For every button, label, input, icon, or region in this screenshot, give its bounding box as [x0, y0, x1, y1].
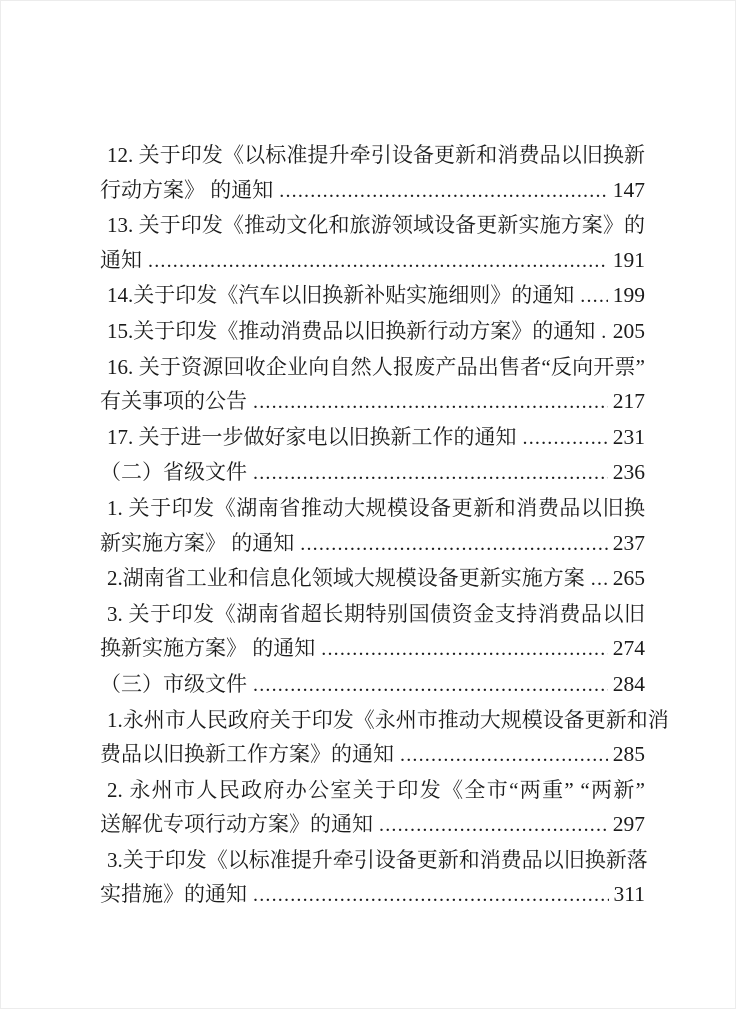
dot-leader — [148, 244, 608, 279]
toc-entry-line: 2. 永州市人民政府办公室关于印发《全市“两重” “两新” — [100, 773, 645, 808]
toc-text: 1.永州市人民政府关于印发《永州市推动大规模设备更新和消 — [107, 708, 669, 732]
page-number: 265 — [613, 561, 645, 596]
toc-entry-line: 1. 关于印发《湖南省推动大规模设备更新和消费品以旧换 — [100, 491, 645, 526]
toc-text: 16. 关于资源回收企业向自然人报废产品出售者“反向开票” — [107, 355, 645, 379]
toc-text: （三）市级文件 — [100, 667, 247, 702]
toc-entry-line: 14.关于印发《汽车以旧换新补贴实施细则》的通知199 — [100, 278, 645, 314]
toc: 12. 关于印发《以标准提升牵引设备更新和消费品以旧换新行动方案》 的通知147… — [100, 138, 645, 913]
toc-entry-line: 2.湖南省工业和信息化领域大规模设备更新实施方案265 — [100, 561, 645, 597]
toc-entry-line: 13. 关于印发《推动文化和旅游领域设备更新实施方案》的 — [100, 208, 645, 243]
page-number: 311 — [614, 877, 645, 912]
toc-entry-line: 通知191 — [100, 243, 645, 279]
toc-entry-line: 16. 关于资源回收企业向自然人报废产品出售者“反向开票” — [100, 350, 645, 385]
dot-leader — [601, 315, 608, 350]
toc-text: 14.关于印发《汽车以旧换新补贴实施细则》的通知 — [107, 278, 574, 313]
dot-leader — [400, 738, 608, 773]
toc-text: 3. 关于印发《湖南省超长期特别国债资金支持消费品以旧 — [107, 602, 645, 626]
toc-text: 1. 关于印发《湖南省推动大规模设备更新和消费品以旧换 — [107, 496, 645, 520]
page-number: 199 — [613, 278, 645, 313]
page-number: 285 — [613, 737, 645, 772]
dot-leader — [591, 562, 608, 597]
toc-text: （二）省级文件 — [100, 455, 247, 490]
document-page: 12. 关于印发《以标准提升牵引设备更新和消费品以旧换新行动方案》 的通知147… — [0, 0, 736, 1009]
toc-text: 15.关于印发《推动消费品以旧换新行动方案》的通知 — [107, 314, 595, 349]
dot-leader — [580, 279, 608, 314]
page-number: 297 — [613, 807, 645, 842]
toc-section-header-line: （二）省级文件236 — [100, 455, 645, 491]
toc-text: 有关事项的公告 — [100, 384, 247, 419]
dot-leader — [253, 456, 608, 491]
toc-text: 2.湖南省工业和信息化领域大规模设备更新实施方案 — [107, 561, 585, 596]
toc-text: 通知 — [100, 243, 142, 278]
toc-entry-line: 3. 关于印发《湖南省超长期特别国债资金支持消费品以旧 — [100, 597, 645, 632]
page-number: 236 — [613, 455, 645, 490]
dot-leader — [279, 174, 608, 209]
toc-entry-line: 1.永州市人民政府关于印发《永州市推动大规模设备更新和消 — [100, 703, 645, 738]
toc-entry-line: 换新实施方案》 的通知274 — [100, 631, 645, 667]
dot-leader — [253, 668, 608, 703]
toc-entry-line: 15.关于印发《推动消费品以旧换新行动方案》的通知205 — [100, 314, 645, 350]
page-number: 237 — [613, 526, 645, 561]
dot-leader — [379, 808, 608, 843]
toc-text: 送解优专项行动方案》的通知 — [100, 807, 373, 842]
toc-text: 12. 关于印发《以标准提升牵引设备更新和消费品以旧换新 — [107, 143, 645, 167]
toc-entry-line: 新实施方案》 的通知237 — [100, 526, 645, 562]
toc-entry-line: 3.关于印发《以标准提升牵引设备更新和消费品以旧换新落 — [100, 843, 645, 878]
toc-text: 3.关于印发《以标准提升牵引设备更新和消费品以旧换新落 — [107, 848, 648, 872]
dot-leader — [253, 385, 608, 420]
dot-leader — [300, 527, 608, 562]
toc-entry-line: 费品以旧换新工作方案》的通知285 — [100, 737, 645, 773]
dot-leader — [253, 878, 609, 913]
toc-entry-line: 送解优专项行动方案》的通知297 — [100, 807, 645, 843]
page-number: 191 — [613, 243, 645, 278]
dot-leader — [321, 632, 608, 667]
toc-text: 实措施》的通知 — [100, 877, 247, 912]
toc-entry-line: 实措施》的通知311 — [100, 877, 645, 913]
toc-entry-line: 17. 关于进一步做好家电以旧换新工作的通知231 — [100, 420, 645, 456]
toc-entry-line: 12. 关于印发《以标准提升牵引设备更新和消费品以旧换新 — [100, 138, 645, 173]
page-number: 147 — [613, 173, 645, 208]
page-number: 217 — [613, 384, 645, 419]
dot-leader — [523, 421, 608, 456]
toc-text: 换新实施方案》 的通知 — [100, 631, 315, 666]
toc-text: 行动方案》 的通知 — [100, 173, 273, 208]
toc-entry-line: 行动方案》 的通知147 — [100, 173, 645, 209]
toc-text: 17. 关于进一步做好家电以旧换新工作的通知 — [107, 420, 517, 455]
toc-entry-line: 有关事项的公告217 — [100, 384, 645, 420]
toc-text: 13. 关于印发《推动文化和旅游领域设备更新实施方案》的 — [107, 213, 645, 237]
toc-text: 费品以旧换新工作方案》的通知 — [100, 737, 394, 772]
toc-text: 新实施方案》 的通知 — [100, 526, 294, 561]
page-number: 274 — [613, 631, 645, 666]
page-number: 205 — [613, 314, 645, 349]
page-number: 284 — [613, 667, 645, 702]
page-number: 231 — [613, 420, 645, 455]
toc-text: 2. 永州市人民政府办公室关于印发《全市“两重” “两新” — [107, 778, 645, 802]
toc-section-header-line: （三）市级文件284 — [100, 667, 645, 703]
